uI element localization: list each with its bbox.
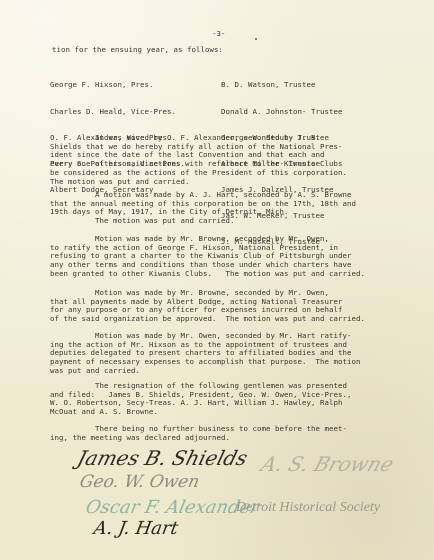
paragraph-annual-meeting: A motion was made by A. J. Hart, seconde… xyxy=(50,191,356,226)
watermark: Detroit Historical Society xyxy=(236,500,380,516)
paragraph-payments: Motion was made by Mr. Browne, seconded … xyxy=(50,289,365,324)
officer-entry: Charles D. Heald, Vice-Pres. xyxy=(50,108,185,117)
paragraph-ratify-president: It was moved by O. F. Alexander, seconde… xyxy=(50,134,347,186)
document-page: -3- tion for the ensuing year, as follow… xyxy=(0,0,434,560)
signature-shields: James B. Shields xyxy=(75,446,250,470)
paragraph-resignations: The resignation of the following gentlem… xyxy=(50,382,351,417)
trustee-entry: Donald A. Johnston- Trustee xyxy=(221,108,343,117)
page-number: -3- xyxy=(212,30,226,39)
signature-browne: A. S. Browne xyxy=(258,452,397,476)
intro-line: tion for the ensuing year, as follows: xyxy=(52,46,223,55)
signature-hart: A. J. Hart xyxy=(92,518,180,539)
paragraph-trustees-appointment: Motion was made by Mr. Owen, seconded by… xyxy=(50,332,360,376)
officer-entry: George F. Hixson, Pres. xyxy=(50,81,185,90)
trustee-entry: B. D. Watson, Trustee xyxy=(221,81,343,90)
paragraph-adjournment: There being no further business to come … xyxy=(50,425,347,442)
paragraph-pittsburgh-charter: Motion was made by Mr. Browne, seconded … xyxy=(50,235,365,279)
ink-speck xyxy=(255,38,257,40)
signature-owen: Geo. W. Owen xyxy=(78,472,201,492)
signature-alexander: Oscar F. Alexander xyxy=(84,497,261,518)
